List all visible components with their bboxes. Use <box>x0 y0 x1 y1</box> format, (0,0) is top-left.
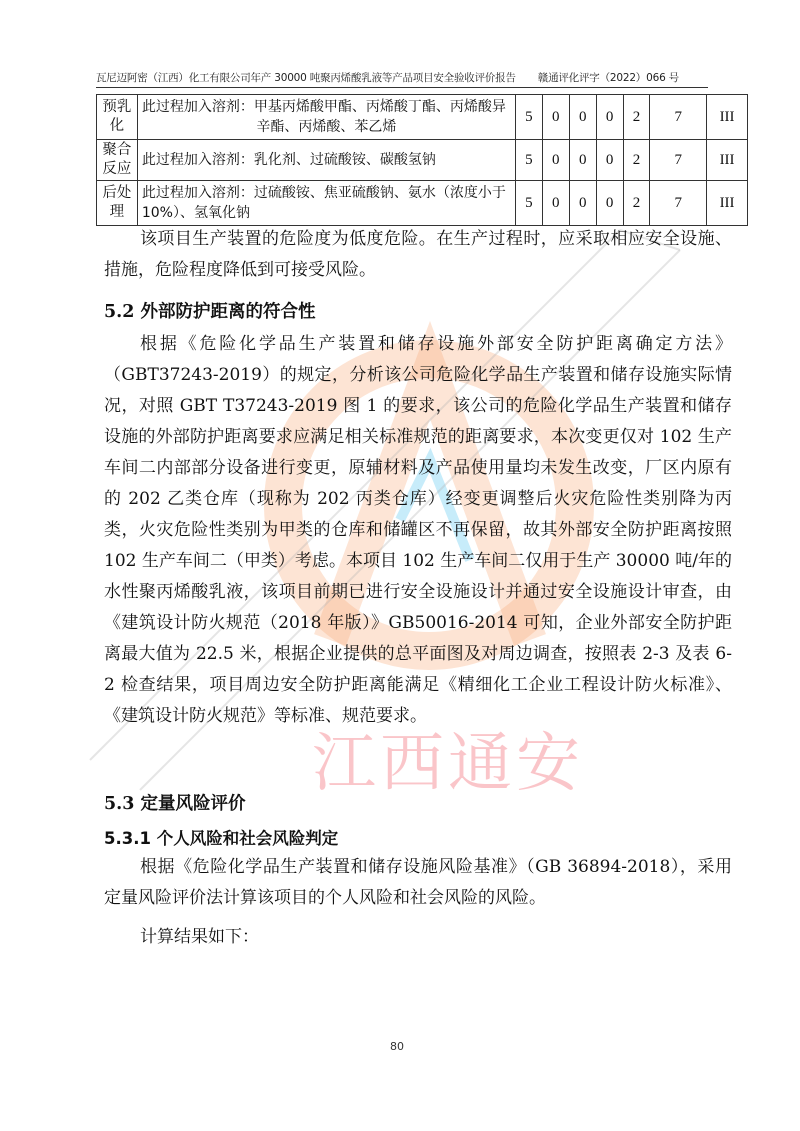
document-page: 瓦尼迈阿密（江西）化工有限公司年产 30000 吨聚丙烯酸乳液等产品项目安全验收… <box>0 0 800 1131</box>
score-cell: 0 <box>569 95 596 140</box>
score-cell: 2 <box>623 181 650 226</box>
table-row: 预乳化 此过程加入溶剂：甲基丙烯酸甲酯、丙烯酸丁酯、丙烯酸异辛酯、丙烯酸、苯乙烯… <box>97 95 748 140</box>
paragraph-external-distance: 根据《危险化学品生产装置和储存设施外部安全防护距离确定方法》（GBT37243-… <box>104 329 732 732</box>
section-heading-5-3: 5.3 定量风险评价 <box>104 790 246 815</box>
table-row: 后处理 此过程加入溶剂：过硫酸铵、焦亚硫酸钠、氨水（浓度小于10%）、氢氧化钠 … <box>97 181 748 226</box>
description-cell: 此过程加入溶剂：过硫酸铵、焦亚硫酸钠、氨水（浓度小于10%）、氢氧化钠 <box>137 181 515 226</box>
total-score-cell: 7 <box>650 95 707 140</box>
stage-cell: 后处理 <box>97 181 138 226</box>
score-cell: 0 <box>596 140 623 181</box>
score-cell: 2 <box>623 140 650 181</box>
paragraph-results-intro: 计算结果如下： <box>104 922 732 953</box>
score-cell: 0 <box>596 95 623 140</box>
document-number: 赣通评化评字（2022）066 号 <box>538 72 679 84</box>
running-header: 瓦尼迈阿密（江西）化工有限公司年产 30000 吨聚丙烯酸乳液等产品项目安全验收… <box>96 70 708 88</box>
score-cell: 5 <box>515 95 542 140</box>
score-cell: 0 <box>569 181 596 226</box>
score-cell: 2 <box>623 95 650 140</box>
total-score-cell: 7 <box>650 140 707 181</box>
hazard-rating-table: 预乳化 此过程加入溶剂：甲基丙烯酸甲酯、丙烯酸丁酯、丙烯酸异辛酯、丙烯酸、苯乙烯… <box>96 94 748 226</box>
stage-cell: 预乳化 <box>97 95 138 140</box>
hazard-grade-cell: III <box>707 140 748 181</box>
stage-cell: 聚合反应 <box>97 140 138 181</box>
description-cell: 此过程加入溶剂：乳化剂、过硫酸铵、碳酸氢钠 <box>137 140 515 181</box>
page-number: 80 <box>390 1040 404 1053</box>
hazard-grade-cell: III <box>707 181 748 226</box>
score-cell: 5 <box>515 181 542 226</box>
report-title: 瓦尼迈阿密（江西）化工有限公司年产 30000 吨聚丙烯酸乳液等产品项目安全验收… <box>96 72 516 84</box>
total-score-cell: 7 <box>650 181 707 226</box>
score-cell: 0 <box>569 140 596 181</box>
table-row: 聚合反应 此过程加入溶剂：乳化剂、过硫酸铵、碳酸氢钠 5 0 0 0 2 7 I… <box>97 140 748 181</box>
paragraph-risk-baseline: 根据《危险化学品生产装置和储存设施风险基准》（GB 36894-2018），采用… <box>104 852 732 914</box>
score-cell: 0 <box>542 181 569 226</box>
score-cell: 5 <box>515 140 542 181</box>
score-cell: 0 <box>542 140 569 181</box>
paragraph-hazard-conclusion: 该项目生产装置的危险度为低度危险。在生产过程时，应采取相应安全设施、措施，危险程… <box>104 224 732 286</box>
hazard-grade-cell: III <box>707 95 748 140</box>
section-heading-5-2: 5.2 外部防护距离的符合性 <box>104 298 316 323</box>
description-cell: 此过程加入溶剂：甲基丙烯酸甲酯、丙烯酸丁酯、丙烯酸异辛酯、丙烯酸、苯乙烯 <box>137 95 515 140</box>
score-cell: 0 <box>542 95 569 140</box>
score-cell: 0 <box>596 181 623 226</box>
section-heading-5-3-1: 5.3.1 个人风险和社会风险判定 <box>104 825 338 849</box>
